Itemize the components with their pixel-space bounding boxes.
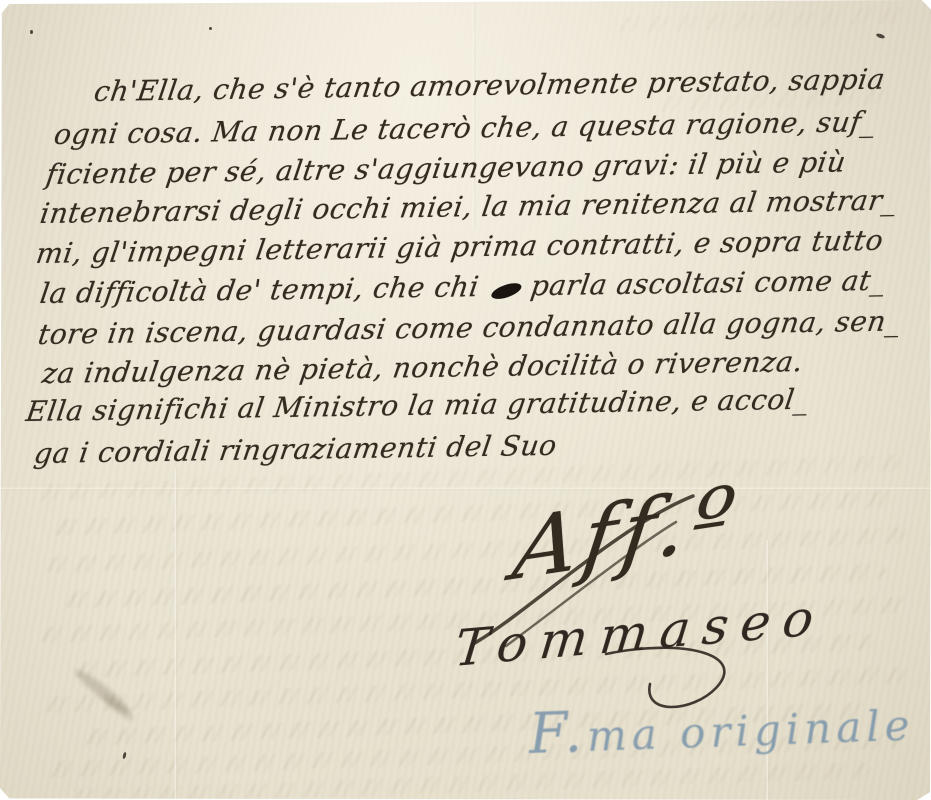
letter-line-8: za indulgenza nè pietà, nonchè docilità … xyxy=(40,345,805,390)
letter-scan: ch'Ella, che s'è tanto amorevolmente pre… xyxy=(0,0,931,800)
letter-line-5: mi, gl'impegni letterarii già prima cont… xyxy=(34,224,886,270)
fold-crease xyxy=(0,487,931,491)
ink-speck xyxy=(30,30,33,34)
letter-page: ch'Ella, che s'è tanto amorevolmente pre… xyxy=(0,0,931,800)
letter-line-7: tore in iscena, guardasi come condannato… xyxy=(36,304,903,351)
letter-line-3: ficiente per sé, altre s'aggiungevano gr… xyxy=(44,145,848,191)
letter-line-10: ga i cordiali ringraziamenti del Suo xyxy=(32,429,559,470)
archive-stamp-annotation: F.ma originale xyxy=(528,689,916,767)
ink-blot xyxy=(491,280,523,302)
ink-speck xyxy=(122,752,127,760)
letter-line-9: Ella significhi al Ministro la mia grati… xyxy=(24,383,811,428)
letter-line-4: intenebrarsi degli occhi miei, la mia re… xyxy=(38,184,899,230)
letter-line-6-after-blot: parla ascoltasi come at_ xyxy=(529,264,888,303)
letter-line-6-before-blot: la difficoltà de' tempi, che chi xyxy=(38,270,481,310)
letter-line-6: la difficoltà de' tempi, che chiparla as… xyxy=(38,264,888,310)
ink-speck xyxy=(876,33,886,40)
letter-line-2: ogni cosa. Ma non Le tacerò che, a quest… xyxy=(52,105,878,151)
fold-crease xyxy=(174,468,178,800)
ink-speck xyxy=(209,27,212,30)
show-through-ghost xyxy=(615,7,910,33)
